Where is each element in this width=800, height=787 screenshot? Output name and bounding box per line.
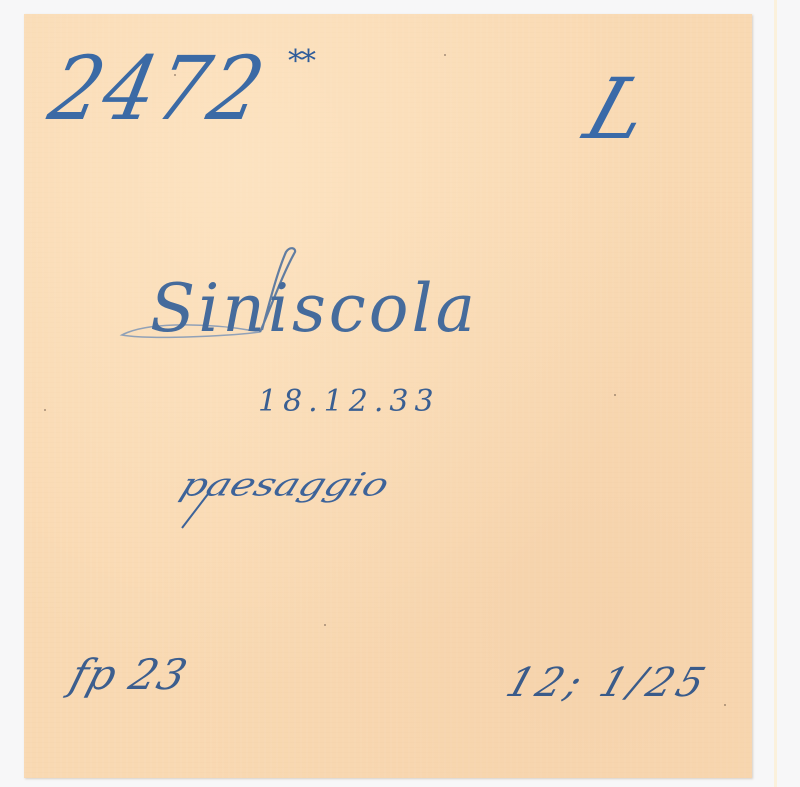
exposure-setting: 12; 1/25: [501, 660, 715, 706]
catalog-star-marks: **: [288, 44, 314, 79]
format-code: fp 23: [65, 650, 193, 699]
paper-speck: [444, 54, 446, 56]
catalog-number: 2472: [41, 37, 274, 139]
paper-speck: [614, 394, 616, 396]
date: 18.12.33: [258, 384, 440, 419]
place-name: Siniscola: [150, 270, 478, 347]
paper-speck: [324, 624, 326, 626]
paper-speck: [724, 704, 726, 706]
paper-speck: [44, 409, 46, 411]
card-edge-shadow: [774, 0, 777, 787]
subject-underline-stroke: [178, 490, 298, 530]
